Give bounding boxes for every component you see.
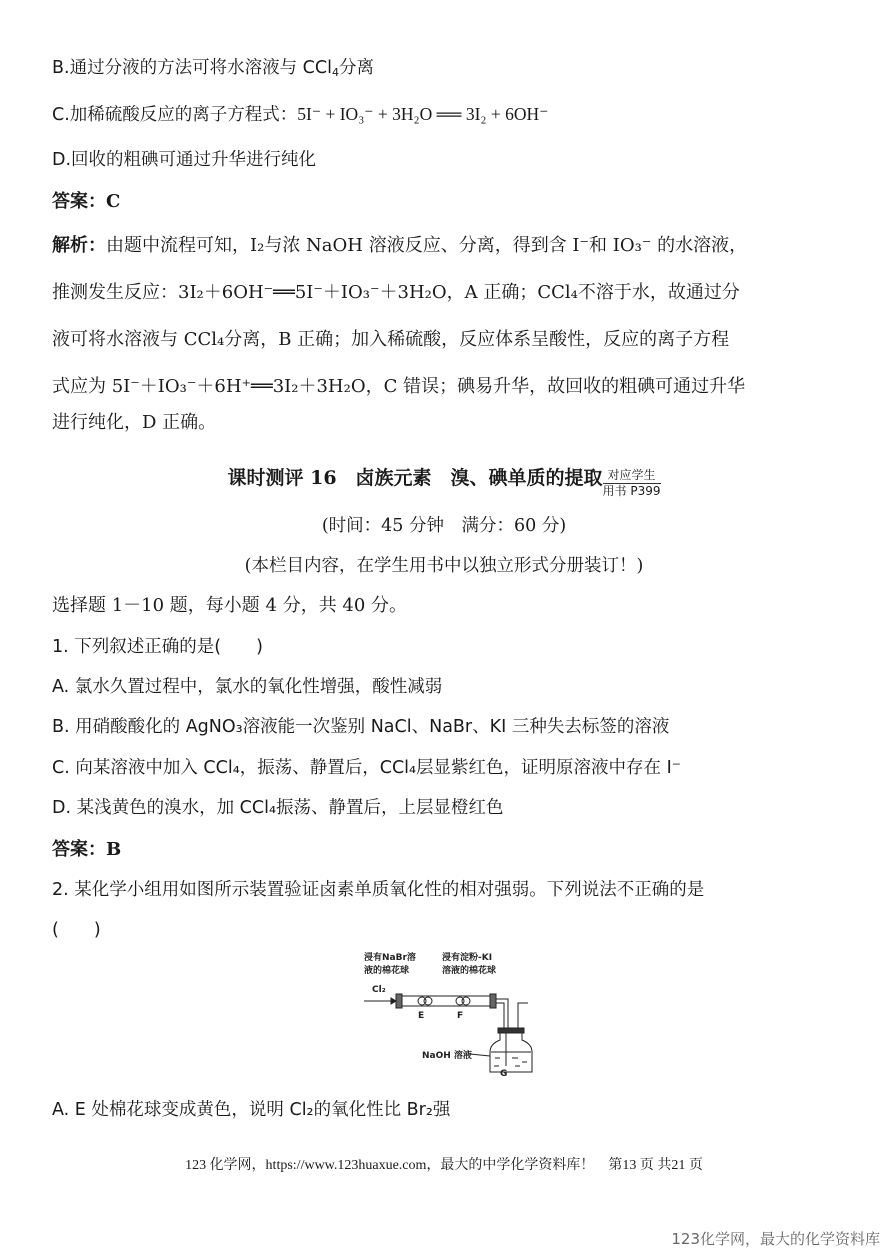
answer-blank: ( ) [52,918,101,942]
option-c: C.加稀硫酸反应的离子方程式：5I⁻ + IO₃⁻ + 3H₂O ══ 3I₂ … [52,102,548,127]
book-reference: 对应学生用书 P399 [603,468,661,499]
subscript: 4 [332,66,339,79]
point-g-label: G [500,1069,507,1078]
label-e-bottom: 液的棉花球 [364,964,409,976]
option-d: D. 某浅黄色的溴水，加 CCl₄振荡、静置后，上层显橙红色 [52,796,503,820]
book-ref-top: 对应学生 [603,468,661,484]
analysis-label: 解析： [52,235,106,256]
option-text: 加稀硫酸反应的离子方程式： [70,105,298,125]
analysis-line: 式应为 5I⁻＋IO₃⁻＋6H⁺══3I₂＋3H₂O，C 错误；碘易升华，故回收… [52,375,745,399]
answer-line: 答案：C [52,190,120,214]
answer-label: 答案： [52,839,106,860]
option-c: C. 向某溶液中加入 CCl₄，振荡、静置后，CCl₄层显紫红色，证明原溶液中存… [52,756,681,780]
analysis-line: 液可将水溶液与 CCl₄分离，B 正确；加入稀硫酸，反应体系呈酸性，反应的离子方… [52,328,729,352]
option-d: D.回收的粗碘可通过升华进行纯化 [52,148,316,172]
section-title: 课时测评 16 卤族元素 溴、碘单质的提取对应学生用书 P399 [0,463,888,495]
book-ref-bottom: 用书 P399 [603,484,661,498]
answer-value: C [106,191,120,212]
option-label: D. [52,150,71,170]
page-footer: 123 化学网，https://www.123huaxue.com，最大的中学化… [0,1154,888,1174]
naoh-label: NaOH 溶液 [422,1049,472,1061]
option-a: A. E 处棉花球变成黄色，说明 Cl₂的氧化性比 Br₂强 [52,1098,450,1122]
instructions: 选择题 1－10 题，每小题 4 分，共 40 分。 [52,594,407,618]
question-stem: 1. 下列叙述正确的是( ) [52,635,263,659]
analysis-line: 解析：由题中流程可知，I₂与浓 NaOH 溶液反应、分离，得到含 I⁻和 IO₃… [52,234,747,258]
watermark: 123化学网，最大的化学资料库 [671,1228,880,1249]
question-stem: 2. 某化学小组用如图所示装置验证卤素单质氧化性的相对强弱。下列说法不正确的是 [52,878,704,902]
analysis-line: 推测发生反应：3I₂＋6OH⁻══5I⁻＋IO₃⁻＋3H₂O，A 正确；CCl₄… [52,281,740,305]
gas-label: Cl₂ [372,985,386,995]
label-f-top: 浸有淀粉-KI [442,951,492,963]
point-e-label: E [418,1011,424,1021]
answer-value: B [106,839,121,860]
apparatus-diagram: 浸有NaBr溶 液的棉花球 浸有淀粉-KI 溶液的棉花球 Cl₂ E F NaO… [360,948,540,1078]
label-f-bottom: 溶液的棉花球 [442,964,496,976]
option-label: B. [52,58,70,78]
option-text: 回收的粗碘可通过升华进行纯化 [71,150,316,170]
time-info: (时间：45 分钟 满分：60 分) [0,512,888,537]
option-text: 通过分液的方法可将水溶液与 CCl [70,58,332,78]
section-title-text: 课时测评 16 卤族元素 溴、碘单质的提取 [227,467,602,489]
option-b: B.通过分液的方法可将水溶液与 CCl4分离 [52,56,374,85]
label-e-top: 浸有NaBr溶 [364,951,416,963]
binding-note: (本栏目内容，在学生用书中以独立形式分册装订！) [0,552,888,577]
option-label: C. [52,105,70,125]
analysis-text: 由题中流程可知，I₂与浓 NaOH 溶液反应、分离，得到含 I⁻和 IO₃⁻ 的… [106,235,747,256]
answer-label: 答案： [52,191,106,212]
answer-line: 答案：B [52,838,121,862]
point-f-label: F [457,1011,463,1021]
analysis-line: 进行纯化，D 正确。 [52,411,216,435]
ionic-equation: 5I⁻ + IO₃⁻ + 3H₂O ══ 3I₂ + 6OH⁻ [297,104,548,124]
option-a: A. 氯水久置过程中，氯水的氧化性增强，酸性减弱 [52,675,442,699]
option-b: B. 用硝酸酸化的 AgNO₃溶液能一次鉴别 NaCl、NaBr、KI 三种失去… [52,715,669,739]
option-text: 分离 [339,58,374,78]
apparatus-icon: 浸有NaBr溶 液的棉花球 浸有淀粉-KI 溶液的棉花球 Cl₂ E F NaO… [360,948,540,1078]
